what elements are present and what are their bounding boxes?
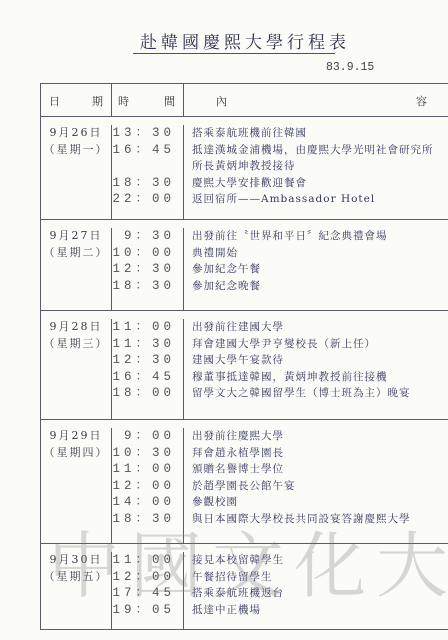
activity: 拜會趙永植學園長 xyxy=(184,445,448,462)
date-cell: 9月26日 （星期一） xyxy=(41,125,112,219)
title-underline xyxy=(133,53,335,54)
weekday: （星期五） xyxy=(41,569,111,586)
time xyxy=(112,158,183,175)
date-cell: 9月27日 （星期二） xyxy=(41,228,112,310)
time: 16：45 xyxy=(112,142,183,159)
activity: 抵達漢城金浦機場，由慶熙大學光明社會研究所 xyxy=(184,142,448,159)
weekday: （星期三） xyxy=(41,336,111,353)
time: 12：00 xyxy=(112,569,183,586)
table-row: 9月28日 （星期三） 11：00 11：30 12：30 16：45 18：0… xyxy=(41,311,448,420)
document-title: 赴韓國慶熙大學行程表 xyxy=(140,28,330,53)
activity: 返回宿所——Ambassador Hotel xyxy=(184,191,448,208)
time-cell: 11：00 11：30 12：30 16：45 18：00 xyxy=(112,319,184,419)
table-header-row: 日 期 時 間 內 容 xyxy=(41,84,448,117)
header-content: 內 容 xyxy=(184,84,448,116)
activity: 出發前往建國大學 xyxy=(184,319,448,336)
activity: 午餐招待留學生 xyxy=(184,569,448,586)
date: 9月28日 xyxy=(41,319,111,336)
header-time-left: 時 xyxy=(118,93,129,109)
time: 16：45 xyxy=(112,369,183,386)
activity: 參觀校園 xyxy=(184,494,448,511)
time: 18：30 xyxy=(112,278,183,295)
header-date: 日 期 xyxy=(41,84,112,116)
activity: 穆董事抵達韓國，黃炳坤教授前往接機 xyxy=(184,369,448,386)
activity: 建國大學午宴款待 xyxy=(184,352,448,369)
document-page: 赴韓國慶熙大學行程表 83.9.15 日 期 時 間 內 容 9月26日 （星期… xyxy=(0,0,448,640)
activity: 接見本校留韓學生 xyxy=(184,552,448,569)
activity: 所長黃炳坤教授接待 xyxy=(184,158,448,175)
time: 12：30 xyxy=(112,261,183,278)
date: 9月27日 xyxy=(41,228,111,245)
header-content-left: 內 xyxy=(216,93,227,109)
activity: 出發前往慶熙大學 xyxy=(184,428,448,445)
activity: 典禮開始 xyxy=(184,245,448,262)
time: 18：00 xyxy=(112,385,183,402)
content-cell: 出發前往建國大學 拜會建國大學尹亨燮校長（新上任） 建國大學午宴款待 穆董事抵達… xyxy=(184,319,448,419)
header-time: 時 間 xyxy=(112,84,184,116)
content-cell: 出發前往慶熙大學 拜會趙永植學園長 頒贈名譽博士學位 於趙學園長公館午宴 參觀校… xyxy=(184,428,448,543)
activity: 留學文大之韓國留學生（博士班為主）晚宴 xyxy=(184,385,448,402)
activity: 搭乘泰航班機前往韓國 xyxy=(184,125,448,142)
activity: 出發前往〝世界和平日〞紀念典禮會場 xyxy=(184,228,448,245)
time: 11：00 xyxy=(112,461,183,478)
time: 10：00 xyxy=(112,245,183,262)
time: 11：00 xyxy=(112,552,183,569)
table-row: 9月30日 （星期五） 11：00 12：00 17：45 19：05 接見本校… xyxy=(41,544,448,630)
time: 12：30 xyxy=(112,352,183,369)
activity: 與日本國際大學校長共同設宴答謝慶熙大學 xyxy=(184,511,448,528)
time-cell: 9：00 10：30 11：00 12：00 14：00 18：30 xyxy=(112,428,184,543)
time-cell: 9：30 10：00 12：30 18：30 xyxy=(112,228,184,310)
date: 9月26日 xyxy=(41,125,111,142)
activity: 拜會建國大學尹亨燮校長（新上任） xyxy=(184,336,448,353)
date-cell: 9月29日 （星期四） xyxy=(41,428,112,543)
table-row: 9月27日 （星期二） 9：30 10：00 12：30 18：30 出發前往〝… xyxy=(41,220,448,311)
activity: 慶熙大學安排歡迎餐會 xyxy=(184,175,448,192)
time: 22：00 xyxy=(112,191,183,208)
header-date-right: 期 xyxy=(92,93,103,109)
activity: 搭乘泰航班機返台 xyxy=(184,585,448,602)
date-cell: 9月28日 （星期三） xyxy=(41,319,112,419)
table-row: 9月29日 （星期四） 9：00 10：30 11：00 12：00 14：00… xyxy=(41,420,448,544)
time: 12：00 xyxy=(112,478,183,495)
weekday: （星期一） xyxy=(41,142,111,159)
time: 19：05 xyxy=(112,602,183,619)
time-cell: 13：30 16：45 18：30 22：00 xyxy=(112,125,184,219)
content-cell: 出發前往〝世界和平日〞紀念典禮會場 典禮開始 參加紀念午餐 參加紀念晚餐 xyxy=(184,228,448,310)
activity: 抵達中正機場 xyxy=(184,602,448,619)
itinerary-table: 日 期 時 間 內 容 9月26日 （星期一） 13：30 16：45 18： xyxy=(40,83,448,630)
time: 18：30 xyxy=(112,511,183,528)
time: 18：30 xyxy=(112,175,183,192)
weekday: （星期四） xyxy=(41,445,111,462)
time: 9：30 xyxy=(112,228,183,245)
weekday: （星期二） xyxy=(41,245,111,262)
time: 10：30 xyxy=(112,445,183,462)
header-content-right: 容 xyxy=(416,93,427,109)
activity: 參加紀念晚餐 xyxy=(184,278,448,295)
content-cell: 接見本校留韓學生 午餐招待留學生 搭乘泰航班機返台 抵達中正機場 xyxy=(184,552,448,629)
header-time-right: 間 xyxy=(164,93,175,109)
document-date: 83.9.15 xyxy=(326,61,374,74)
date: 9月29日 xyxy=(41,428,111,445)
time-cell: 11：00 12：00 17：45 19：05 xyxy=(112,552,184,629)
activity: 頒贈名譽博士學位 xyxy=(184,461,448,478)
time: 11：30 xyxy=(112,336,183,353)
time: 11：00 xyxy=(112,319,183,336)
time: 14：00 xyxy=(112,494,183,511)
time: 9：00 xyxy=(112,428,183,445)
header-date-left: 日 xyxy=(49,93,60,109)
activity: 參加紀念午餐 xyxy=(184,261,448,278)
time: 13：30 xyxy=(112,125,183,142)
table-row: 9月26日 （星期一） 13：30 16：45 18：30 22：00 搭乘泰航… xyxy=(41,117,448,220)
content-cell: 搭乘泰航班機前往韓國 抵達漢城金浦機場，由慶熙大學光明社會研究所 所長黃炳坤教授… xyxy=(184,125,448,219)
activity: 於趙學園長公館午宴 xyxy=(184,478,448,495)
date: 9月30日 xyxy=(41,552,111,569)
date-cell: 9月30日 （星期五） xyxy=(41,552,112,629)
time: 17：45 xyxy=(112,585,183,602)
